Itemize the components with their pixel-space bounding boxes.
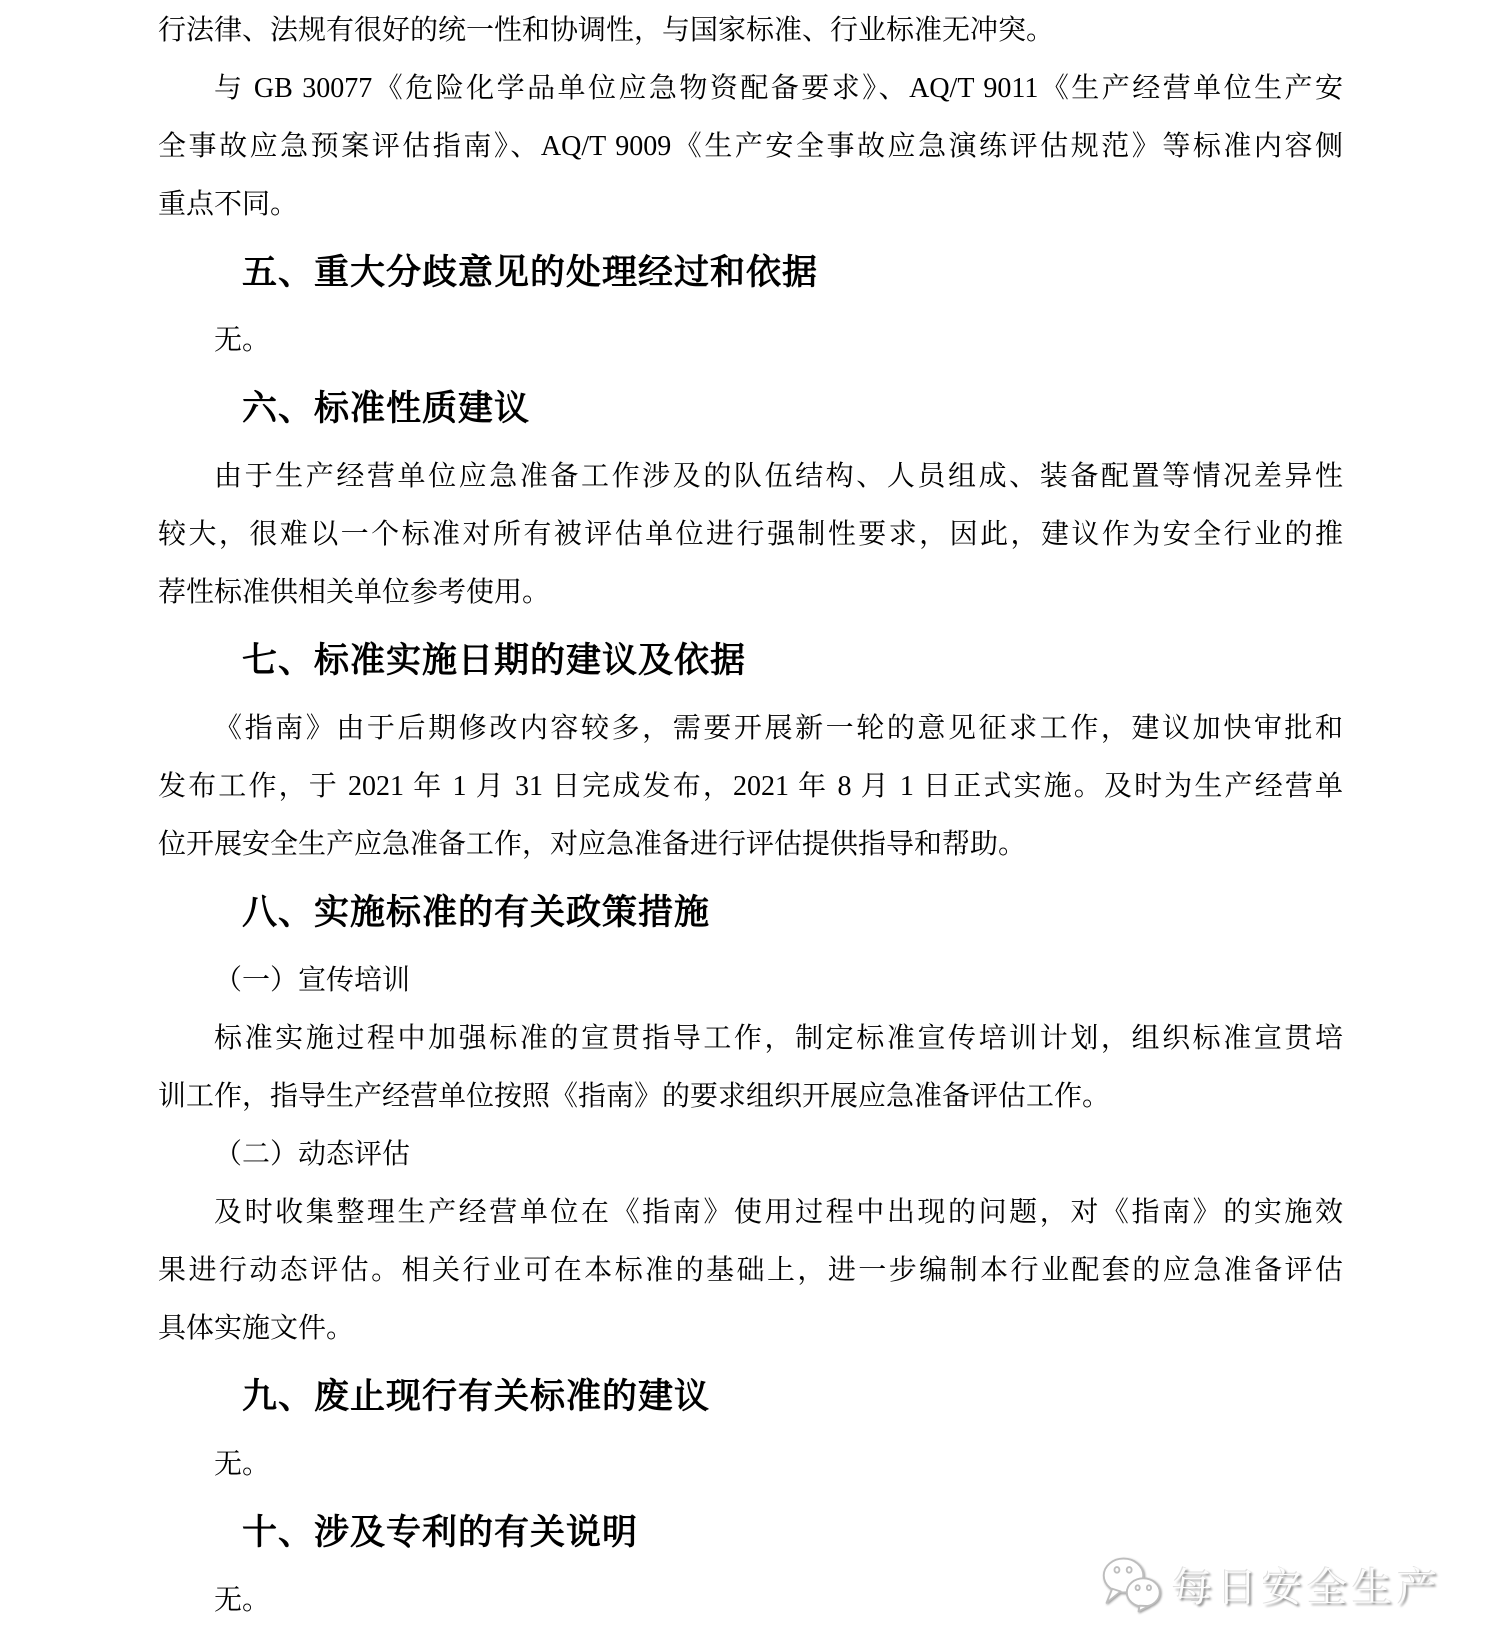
section-heading: 六、标准性质建议 — [158, 378, 1343, 440]
section-heading: 十、涉及专利的有关说明 — [158, 1502, 1343, 1564]
paragraph: 与 GB 30077《危险化学品单位应急物资配备要求》、AQ/T 9011《生产… — [158, 60, 1343, 234]
text-line: 行法律、法规有很好的统一性和协调性，与国家标准、行业标准无冲突。 — [158, 2, 1343, 60]
paragraph: 《指南》由于后期修改内容较多，需要开展新一轮的意见征求工作，建议加快审批和发布工… — [158, 700, 1343, 874]
paragraph: 由于生产经营单位应急准备工作涉及的队伍结构、人员组成、装备配置等情况差异性较大，… — [158, 448, 1343, 622]
paragraph: 无。 — [158, 312, 1343, 370]
text-line: 及时收集整理生产经营单位在《指南》使用过程中出现的问题，对《指南》的实施效 — [158, 1184, 1343, 1242]
text-line: 无。 — [158, 1572, 1343, 1630]
paragraph: 无。 — [158, 1436, 1343, 1494]
paragraph: 无。 — [158, 1572, 1343, 1630]
text-line: 标准实施过程中加强标准的宣贯指导工作，制定标准宣传培训计划，组织标准宣贯培 — [158, 1010, 1343, 1068]
document-content: 行法律、法规有很好的统一性和协调性，与国家标准、行业标准无冲突。与 GB 300… — [0, 0, 1488, 1630]
section-heading: 九、废止现行有关标准的建议 — [158, 1366, 1343, 1428]
text-line: 位开展安全生产应急准备工作，对应急准备进行评估提供指导和帮助。 — [158, 816, 1343, 874]
section-heading: 七、标准实施日期的建议及依据 — [158, 630, 1343, 692]
section-heading: 五、重大分歧意见的处理经过和依据 — [158, 242, 1343, 304]
text-line: 全事故应急预案评估指南》、AQ/T 9009《生产安全事故应急演练评估规范》等标… — [158, 118, 1343, 176]
paragraph: 行法律、法规有很好的统一性和协调性，与国家标准、行业标准无冲突。 — [158, 2, 1343, 60]
text-line: 无。 — [158, 1436, 1343, 1494]
sub-heading: （二）动态评估 — [158, 1126, 1343, 1184]
text-line: 较大，很难以一个标准对所有被评估单位进行强制性要求，因此，建议作为安全行业的推 — [158, 506, 1343, 564]
text-line: 与 GB 30077《危险化学品单位应急物资配备要求》、AQ/T 9011《生产… — [158, 60, 1343, 118]
section-heading: 八、实施标准的有关政策措施 — [158, 882, 1343, 944]
document-page: 行法律、法规有很好的统一性和协调性，与国家标准、行业标准无冲突。与 GB 300… — [0, 0, 1488, 1630]
text-line: 果进行动态评估。相关行业可在本标准的基础上，进一步编制本行业配套的应急准备评估 — [158, 1242, 1343, 1300]
text-line: 发布工作，于 2021 年 1 月 31 日完成发布，2021 年 8 月 1 … — [158, 758, 1343, 816]
text-line: 《指南》由于后期修改内容较多，需要开展新一轮的意见征求工作，建议加快审批和 — [158, 700, 1343, 758]
text-line: 由于生产经营单位应急准备工作涉及的队伍结构、人员组成、装备配置等情况差异性 — [158, 448, 1343, 506]
paragraph: 标准实施过程中加强标准的宣贯指导工作，制定标准宣传培训计划，组织标准宣贯培训工作… — [158, 1010, 1343, 1126]
text-line: 荐性标准供相关单位参考使用。 — [158, 564, 1343, 622]
text-line: 重点不同。 — [158, 176, 1343, 234]
text-line: 训工作，指导生产经营单位按照《指南》的要求组织开展应急准备评估工作。 — [158, 1068, 1343, 1126]
sub-heading: （一）宣传培训 — [158, 952, 1343, 1010]
paragraph: 及时收集整理生产经营单位在《指南》使用过程中出现的问题，对《指南》的实施效果进行… — [158, 1184, 1343, 1358]
text-line: 无。 — [158, 312, 1343, 370]
text-line: 具体实施文件。 — [158, 1300, 1343, 1358]
